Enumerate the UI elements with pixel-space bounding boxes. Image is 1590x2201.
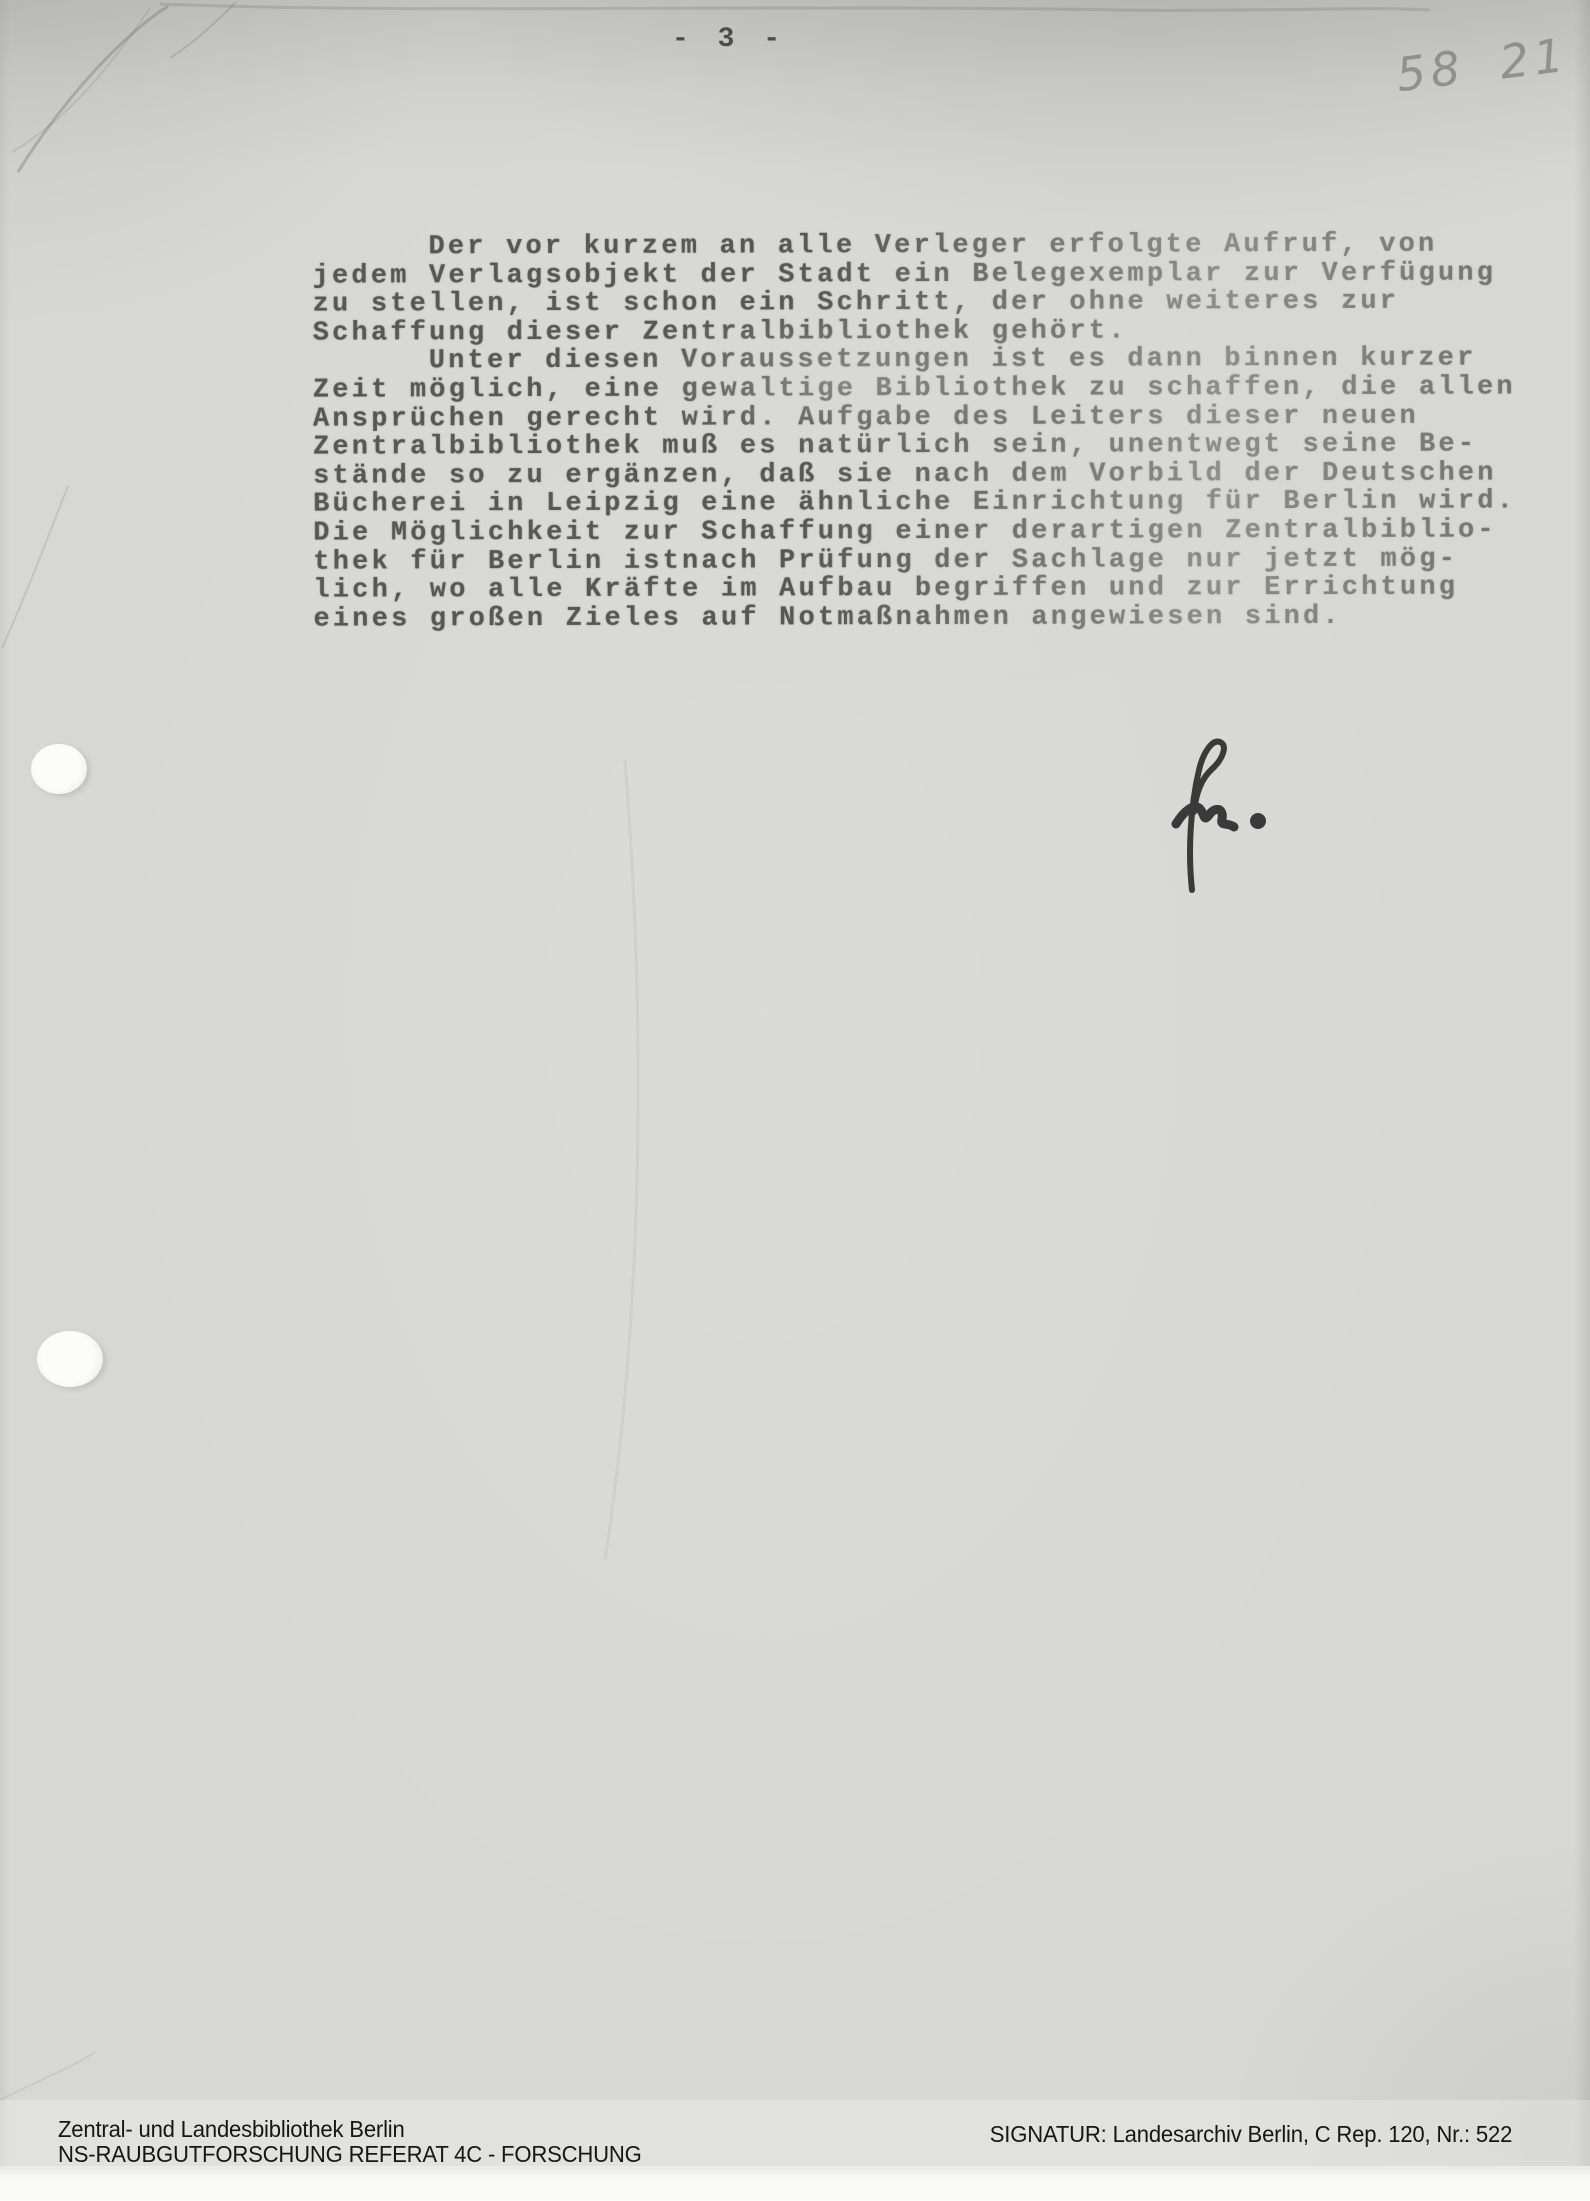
footer-institution-line1: Zentral- und Landesbibliothek Berlin (58, 2117, 642, 2142)
typed-line: Zentralbibliothek muß es natürlich sein,… (313, 431, 1543, 463)
typed-text-block: Der vor kurzem an alle Verleger erfolgte… (312, 230, 1543, 634)
pencil-note: 58 21 (1393, 28, 1571, 103)
typed-line: eines großen Zieles auf Notmaßnahmen ang… (313, 602, 1543, 634)
hole-punch (31, 744, 87, 794)
hole-punch (37, 1331, 103, 1387)
typed-line: lich, wo alle Kräfte im Aufbau begriffen… (313, 574, 1543, 606)
signature-mark (1158, 726, 1288, 906)
typed-line: Der vor kurzem an alle Verleger erfolgte… (312, 230, 1542, 262)
scan-bottom-margin (0, 2166, 1590, 2201)
typed-line: zu stellen, ist schon ein Schritt, der o… (313, 288, 1543, 320)
scanned-document-page: - 3 - 58 21 Der vor kurzem an alle Verle… (0, 0, 1590, 2201)
page-number: - 3 - (672, 24, 786, 55)
typed-line: Die Möglichkeit zur Schaffung einer dera… (313, 516, 1543, 548)
footer-institution: Zentral- und Landesbibliothek Berlin NS-… (58, 2117, 642, 2167)
typed-line: Unter diesen Voraussetzungen ist es dann… (313, 345, 1543, 377)
footer-signatur: SIGNATUR: Landesarchiv Berlin, C Rep. 12… (990, 2121, 1512, 2148)
typed-line: Zeit möglich, eine gewaltige Bibliothek … (313, 373, 1543, 405)
typed-line: Bücherei in Leipzig eine ähnliche Einric… (313, 488, 1543, 520)
signature-dot (1250, 813, 1266, 829)
footer-institution-line2: NS-RAUBGUTFORSCHUNG REFERAT 4C - FORSCHU… (58, 2142, 642, 2167)
